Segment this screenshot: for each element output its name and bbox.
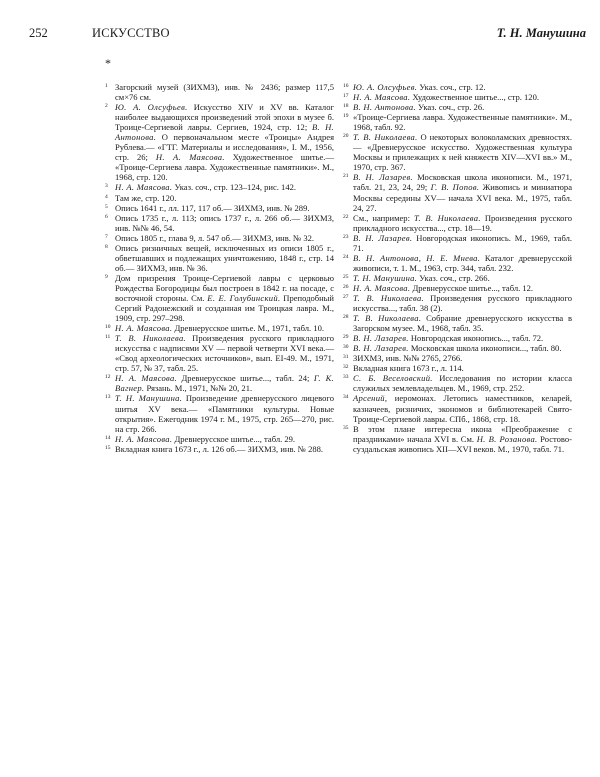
footnote-number: 29 <box>343 332 349 342</box>
footnote: 16Ю. А. Олсуфьев. Указ. соч., стр. 12. <box>344 82 572 92</box>
footnote-number: 35 <box>343 423 349 433</box>
footnote: 9Дом призрения Троице-Сергиевой лавры с … <box>106 273 334 323</box>
footnote-text: Указ. соч., стр. 26. <box>416 102 484 112</box>
footnote-number: 2 <box>105 101 108 111</box>
footnote-number: 22 <box>343 212 349 222</box>
footnote: 12Н. А. Маясова. Древнерусское шитье...,… <box>106 373 334 393</box>
footnote-author: В. Н. Лазарев. <box>353 172 413 182</box>
footnote: 10Н. А. Маясова. Древнерусское шитье. М.… <box>106 323 334 333</box>
footnote-number: 15 <box>105 443 111 453</box>
footnote-number: 14 <box>105 433 111 443</box>
footnote: 2Ю. А. Олсуфьев. Искусство XIV и XV вв. … <box>106 102 334 182</box>
footnote-author: Ю. А. Олсуфьев. <box>115 102 188 112</box>
footnote-number: 7 <box>105 232 108 242</box>
footnote: 28Т. В. Николаева. Собрание древнерусско… <box>344 313 572 333</box>
footnote-text: Художественное шитье..., стр. 120. <box>410 92 539 102</box>
notes-separator: * <box>105 56 111 71</box>
footnote-number: 11 <box>105 332 110 342</box>
footnote: 18В. Н. Антонова. Указ. соч., стр. 26. <box>344 102 572 112</box>
footnote-number: 20 <box>343 131 349 141</box>
footnote-text: «Троице-Сергиева лавра. Художественные п… <box>353 112 572 132</box>
footnote-author: В. Н. Лазарев. <box>353 333 409 343</box>
footnote-number: 33 <box>343 372 349 382</box>
footnote: 23В. Н. Лазарев. Новгородская иконопись.… <box>344 233 572 253</box>
footnote-number: 25 <box>343 272 349 282</box>
footnote-text: Вкладная книга 1673 г., л. 114. <box>353 363 464 373</box>
footnote: 30В. Н. Лазарев. Московская школа иконоп… <box>344 343 572 353</box>
footnote: 5Опись 1641 г., лл. 117, 117 об.— ЗИХМЗ,… <box>106 203 334 213</box>
footnote: 17Н. А. Маясова. Художественное шитье...… <box>344 92 572 102</box>
footnote-author: Т. Н. Манушина. <box>353 273 417 283</box>
footnote-number: 13 <box>105 392 111 402</box>
footnote-text: Загорский музей (ЗИХМЗ), инв. № 2436; ра… <box>115 82 334 102</box>
footnote-number: 10 <box>105 322 111 332</box>
footnote-number: 16 <box>343 81 349 91</box>
footnote-number: 5 <box>105 202 108 212</box>
footnote: 33С. Б. Веселовский. Исследования по ист… <box>344 373 572 393</box>
footnote-author: Н. А. Маясова. <box>156 152 225 162</box>
footnote: 24В. Н. Антонова, Н. Е. Мнева. Каталог д… <box>344 253 572 273</box>
footnote-number: 32 <box>343 362 349 372</box>
footnote-text: Древнерусское шитье..., табл. 12. <box>410 283 533 293</box>
footnote-number: 9 <box>105 272 108 282</box>
footnote-text: Указ. соч., стр. 123–124, рис. 142. <box>172 182 296 192</box>
footnote-text: ЗИХМЗ, инв. №№ 2765, 2766. <box>353 353 462 363</box>
footnote-text: Там же, стр. 120. <box>115 193 176 203</box>
footnotes-left-column: 1Загорский музей (ЗИХМЗ), инв. № 2436; р… <box>106 82 334 454</box>
footnote-number: 28 <box>343 312 349 322</box>
footnote-number: 12 <box>105 372 111 382</box>
footnote: 31ЗИХМЗ, инв. №№ 2765, 2766. <box>344 353 572 363</box>
footnote-number: 19 <box>343 111 349 121</box>
footnote: 26Н. А. Маясова. Древнерусское шитье...,… <box>344 283 572 293</box>
footnote-author: Н. А. Маясова. <box>115 182 172 192</box>
footnote-text: Вкладная книга 1673 г., л. 126 об.— ЗИХМ… <box>115 444 323 454</box>
footnotes-right-column: 16Ю. А. Олсуфьев. Указ. соч., стр. 12.17… <box>344 82 572 454</box>
footnote-author: Т. В. Николаева. <box>353 132 418 142</box>
footnote: 29В. Н. Лазарев. Новгородская иконопись.… <box>344 333 572 343</box>
footnote-number: 18 <box>343 101 349 111</box>
footnote-text: Опись 1805 г., глава 9, л. 547 об.— ЗИХМ… <box>115 233 314 243</box>
footnote-number: 23 <box>343 232 349 242</box>
footnote-number: 4 <box>105 192 108 202</box>
footnote-author: Н. А. Маясова. <box>353 92 410 102</box>
footnote-author: В. Н. Антонова. <box>353 102 416 112</box>
footnote-number: 17 <box>343 91 349 101</box>
footnote-number: 34 <box>343 392 349 402</box>
footnote-author: С. Б. Веселовский. <box>353 373 433 383</box>
page-header: 252 ИСКУССТВО Т. Н. Манушина <box>0 26 600 42</box>
footnote-author: В. Н. Антонова, Н. Е. Мнева. <box>353 253 480 263</box>
footnote-text: Указ. соч., стр. 266. <box>417 273 490 283</box>
footnote: 34Арсений, иеромонах. Летопись наместник… <box>344 393 572 423</box>
footnote-text: Опись ризничных вещей, исключенных из оп… <box>115 243 334 273</box>
footnote-number: 24 <box>343 252 349 262</box>
footnote: 27Т. В. Николаева. Произведения русского… <box>344 293 572 313</box>
footnote-author: Т. В. Николаева. <box>353 293 424 303</box>
footnote-author: Е. Е. Голубинский. <box>207 293 280 303</box>
footnote-text: Указ. соч., стр. 12. <box>417 82 485 92</box>
page-number: 252 <box>29 26 48 41</box>
footnote-text: См., например: <box>353 213 414 223</box>
footnote-number: 1 <box>105 81 108 91</box>
footnote-number: 27 <box>343 292 349 302</box>
footnote-author: В. Н. Лазарев. <box>353 343 409 353</box>
footnote-text: Московская школа иконописи..., табл. 80. <box>409 343 562 353</box>
footnote: 20Т. В. Николаева. О некоторых волоколам… <box>344 132 572 172</box>
footnote: 19«Троице-Сергиева лавра. Художественные… <box>344 112 572 132</box>
footnote-number: 21 <box>343 171 349 181</box>
footnote-text: Опись 1735 г., л. 113; опись 1737 г., л.… <box>115 213 334 233</box>
footnote-author: Н. А. Маясова. <box>115 434 172 444</box>
running-author: Т. Н. Манушина <box>497 26 586 41</box>
footnote-author: Ю. А. Олсуфьев. <box>353 82 417 92</box>
footnote: 14Н. А. Маясова. Древнерусское шитье...,… <box>106 434 334 444</box>
footnote-text: Новгородская иконопись..., табл. 72. <box>409 333 543 343</box>
footnote-author: Т. В. Николаева. <box>115 333 186 343</box>
footnote-author: Т. В. Николаева. <box>353 313 421 323</box>
footnote-text: Рязань. М., 1971, №№ 20, 21. <box>144 383 252 393</box>
footnote-number: 31 <box>343 352 349 362</box>
footnote: 35В этом плане интересна икона «Преображ… <box>344 424 572 454</box>
section-title: ИСКУССТВО <box>92 26 170 41</box>
footnote-author: Т. В. Николаева. <box>414 213 481 223</box>
footnote-author: Н. А. Маясова. <box>115 323 172 333</box>
footnote: 7Опись 1805 г., глава 9, л. 547 об.— ЗИХ… <box>106 233 334 243</box>
footnote: 32Вкладная книга 1673 г., л. 114. <box>344 363 572 373</box>
footnote-author: Арсений, <box>353 393 387 403</box>
footnote: 22См., например: Т. В. Николаева. Произв… <box>344 213 572 233</box>
footnote: 21В. Н. Лазарев. Московская школа иконоп… <box>344 172 572 212</box>
footnote-number: 8 <box>105 242 108 252</box>
footnote: 6Опись 1735 г., л. 113; опись 1737 г., л… <box>106 213 334 233</box>
footnote-text: Древнерусское шитье. М., 1971, табл. 10. <box>172 323 324 333</box>
footnote-text: Опись 1641 г., лл. 117, 117 об.— ЗИХМЗ, … <box>115 203 309 213</box>
footnote-number: 6 <box>105 212 108 222</box>
footnote: 13Т. Н. Манушина. Произведение древнерус… <box>106 393 334 433</box>
footnote-number: 30 <box>343 342 349 352</box>
footnote: 15Вкладная книга 1673 г., л. 126 об.— ЗИ… <box>106 444 334 454</box>
footnote-number: 3 <box>105 181 108 191</box>
footnote: 1Загорский музей (ЗИХМЗ), инв. № 2436; р… <box>106 82 334 102</box>
footnote-author: Н. А. Маясова. <box>353 283 410 293</box>
footnote: 8Опись ризничных вещей, исключенных из о… <box>106 243 334 273</box>
footnote-author: Г. В. Попов. <box>431 182 480 192</box>
footnote-author: Н. А. Маясова. <box>115 373 177 383</box>
footnote-text: Древнерусское шитье..., табл. 29. <box>172 434 295 444</box>
footnote-author: В. Н. Лазарев. <box>353 233 412 243</box>
footnote-text: Древнерусское шитье..., табл. 24; <box>177 373 314 383</box>
footnote: 25Т. Н. Манушина. Указ. соч., стр. 266. <box>344 273 572 283</box>
footnote: 3Н. А. Маясова. Указ. соч., стр. 123–124… <box>106 182 334 192</box>
footnote: 11Т. В. Николаева. Произведения русского… <box>106 333 334 373</box>
footnote-author: Т. Н. Манушина. <box>115 393 182 403</box>
footnote: 4Там же, стр. 120. <box>106 193 334 203</box>
footnote-number: 26 <box>343 282 349 292</box>
footnote-author: Н. В. Розанова. <box>477 434 538 444</box>
